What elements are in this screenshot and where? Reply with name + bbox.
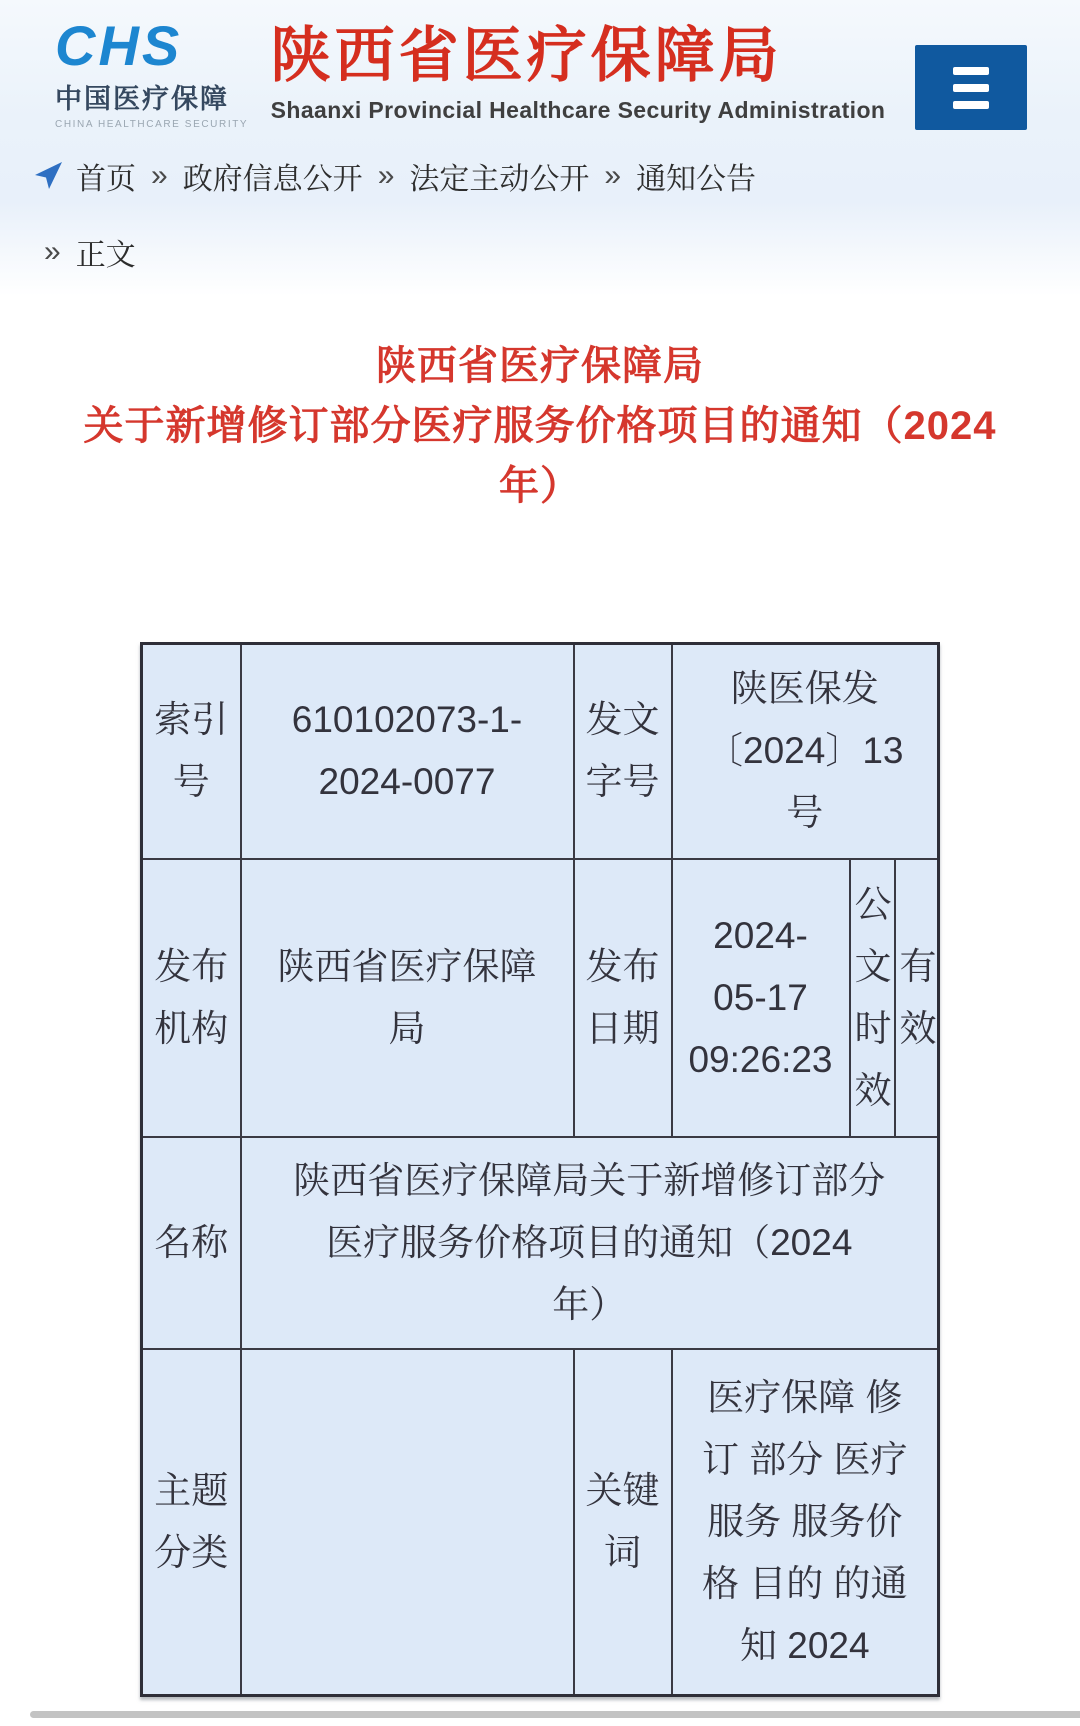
breadcrumb-item-current: 正文 xyxy=(76,230,136,274)
document-title-line: 陕西省医疗保障局 xyxy=(24,336,1056,396)
navigation-arrow-icon xyxy=(32,160,64,192)
publish-date-value: 2024- 05-17 09:26:23 xyxy=(672,859,850,1137)
document-title-line: 年） xyxy=(24,456,1056,516)
meta-row-keywords: 主题分类 关键词 医疗保障 修 订 部分 医疗 服务 服务价 格 目的 的通 知… xyxy=(142,1349,939,1696)
publisher-value: 陕西省医疗保障 局 xyxy=(241,859,574,1137)
breadcrumb-separator: » xyxy=(151,159,168,193)
breadcrumb-home-unit: 首页 xyxy=(32,154,136,198)
keywords-value-line: 医疗保障 修 xyxy=(677,1367,934,1429)
publish-date-label: 发布日期 xyxy=(574,859,672,1137)
index-number-value-line: 2024-0077 xyxy=(246,751,569,813)
breadcrumb-unit: » 法定主动公开 xyxy=(363,154,590,198)
breadcrumb-item-home[interactable]: 首页 xyxy=(76,154,136,198)
meta-row-publisher: 发布机构 陕西省医疗保障 局 发布日期 2024- 05-17 09:26:23… xyxy=(142,859,939,1137)
breadcrumb-item-gov-info[interactable]: 政府信息公开 xyxy=(183,154,363,198)
breadcrumb-item-statutory-disclosure[interactable]: 法定主动公开 xyxy=(409,154,589,198)
publisher-label: 发布机构 xyxy=(142,859,241,1137)
publisher-value-line: 局 xyxy=(246,998,569,1060)
breadcrumb-separator: » xyxy=(44,235,61,269)
breadcrumb-item-notices[interactable]: 通知公告 xyxy=(636,154,756,198)
doc-number-value-line: 陕医保发 xyxy=(677,658,934,720)
masthead: CHS 中国医疗保障 CHINA HEALTHCARE SECURITY 陕西省… xyxy=(0,0,1080,140)
document-title: 陕西省医疗保障局 关于新增修订部分医疗服务价格项目的通知（2024 年） xyxy=(0,296,1080,516)
site-subtitle: Shaanxi Provincial Healthcare Security A… xyxy=(271,97,886,124)
meta-row-index: 索引号 610102073-1- 2024-0077 发文字号 陕医保发 〔20… xyxy=(142,644,939,859)
site-title: 陕西省医疗保障局 xyxy=(271,20,886,92)
menu-button[interactable] xyxy=(915,45,1027,130)
breadcrumb: 首页 » 政府信息公开 » 法定主动公开 » 通知公告 » 正文 xyxy=(0,140,1080,274)
publish-date-value-line: 05-17 xyxy=(677,967,845,1029)
publish-date-value-line: 09:26:23 xyxy=(677,1029,845,1091)
name-value: 陕西省医疗保障局关于新增修订部分 医疗服务价格项目的通知（2024 年） xyxy=(241,1137,939,1349)
breadcrumb-current-unit: » 正文 xyxy=(32,230,136,274)
doc-number-value-line: 号 xyxy=(677,782,934,844)
publish-date-value-line: 2024- xyxy=(677,905,845,967)
name-value-line: 年） xyxy=(246,1274,934,1336)
document-meta-wrapper: 索引号 610102073-1- 2024-0077 发文字号 陕医保发 〔20… xyxy=(140,642,1080,1697)
breadcrumb-separator: » xyxy=(604,159,621,193)
validity-value: 有效 xyxy=(895,859,939,1137)
breadcrumb-unit: » 政府信息公开 xyxy=(136,154,363,198)
validity-label: 公文时效 xyxy=(850,859,895,1137)
page-header: CHS 中国医疗保障 CHINA HEALTHCARE SECURITY 陕西省… xyxy=(0,0,1080,296)
logo-english-name: CHINA HEALTHCARE SECURITY xyxy=(55,119,248,130)
keywords-value-line: 格 目的 的通 xyxy=(677,1553,934,1615)
name-label: 名称 xyxy=(142,1137,241,1349)
topic-category-label: 主题分类 xyxy=(142,1349,241,1696)
keywords-value: 医疗保障 修 订 部分 医疗 服务 服务价 格 目的 的通 知 2024 xyxy=(672,1349,939,1696)
doc-number-value-line: 〔2024〕13 xyxy=(677,720,934,782)
name-value-line: 陕西省医疗保障局关于新增修订部分 xyxy=(246,1150,934,1212)
keywords-value-line: 服务 服务价 xyxy=(677,1491,934,1553)
hamburger-icon xyxy=(953,67,989,109)
index-number-value-line: 610102073-1- xyxy=(246,689,569,751)
site-title-block: 陕西省医疗保障局 Shaanxi Provincial Healthcare S… xyxy=(271,20,886,124)
meta-row-name: 名称 陕西省医疗保障局关于新增修订部分 医疗服务价格项目的通知（2024 年） xyxy=(142,1137,939,1349)
topic-category-value xyxy=(241,1349,574,1696)
document-title-line: 关于新增修订部分医疗服务价格项目的通知（2024 xyxy=(24,396,1056,456)
breadcrumb-unit: » 通知公告 xyxy=(589,154,756,198)
doc-number-value: 陕医保发 〔2024〕13 号 xyxy=(672,644,939,859)
article-area: 陕西省医疗保障局 关于新增修订部分医疗服务价格项目的通知（2024 年） 索引号… xyxy=(0,296,1080,1697)
document-meta-table: 索引号 610102073-1- 2024-0077 发文字号 陕医保发 〔20… xyxy=(140,642,940,1697)
keywords-value-line: 订 部分 医疗 xyxy=(677,1429,934,1491)
chs-logo-text: CHS xyxy=(55,20,248,72)
name-value-line: 医疗服务价格项目的通知（2024 xyxy=(246,1212,934,1274)
logo-chinese-name: 中国医疗保障 xyxy=(55,77,248,116)
publisher-value-line: 陕西省医疗保障 xyxy=(246,936,569,998)
footer-divider xyxy=(30,1711,1080,1718)
index-number-label: 索引号 xyxy=(142,644,241,859)
keywords-value-line: 知 2024 xyxy=(677,1615,934,1677)
doc-number-label: 发文字号 xyxy=(574,644,672,859)
keywords-label: 关键词 xyxy=(574,1349,672,1696)
breadcrumb-separator: » xyxy=(378,159,395,193)
site-logo[interactable]: CHS 中国医疗保障 CHINA HEALTHCARE SECURITY xyxy=(55,20,248,130)
index-number-value: 610102073-1- 2024-0077 xyxy=(241,644,574,859)
